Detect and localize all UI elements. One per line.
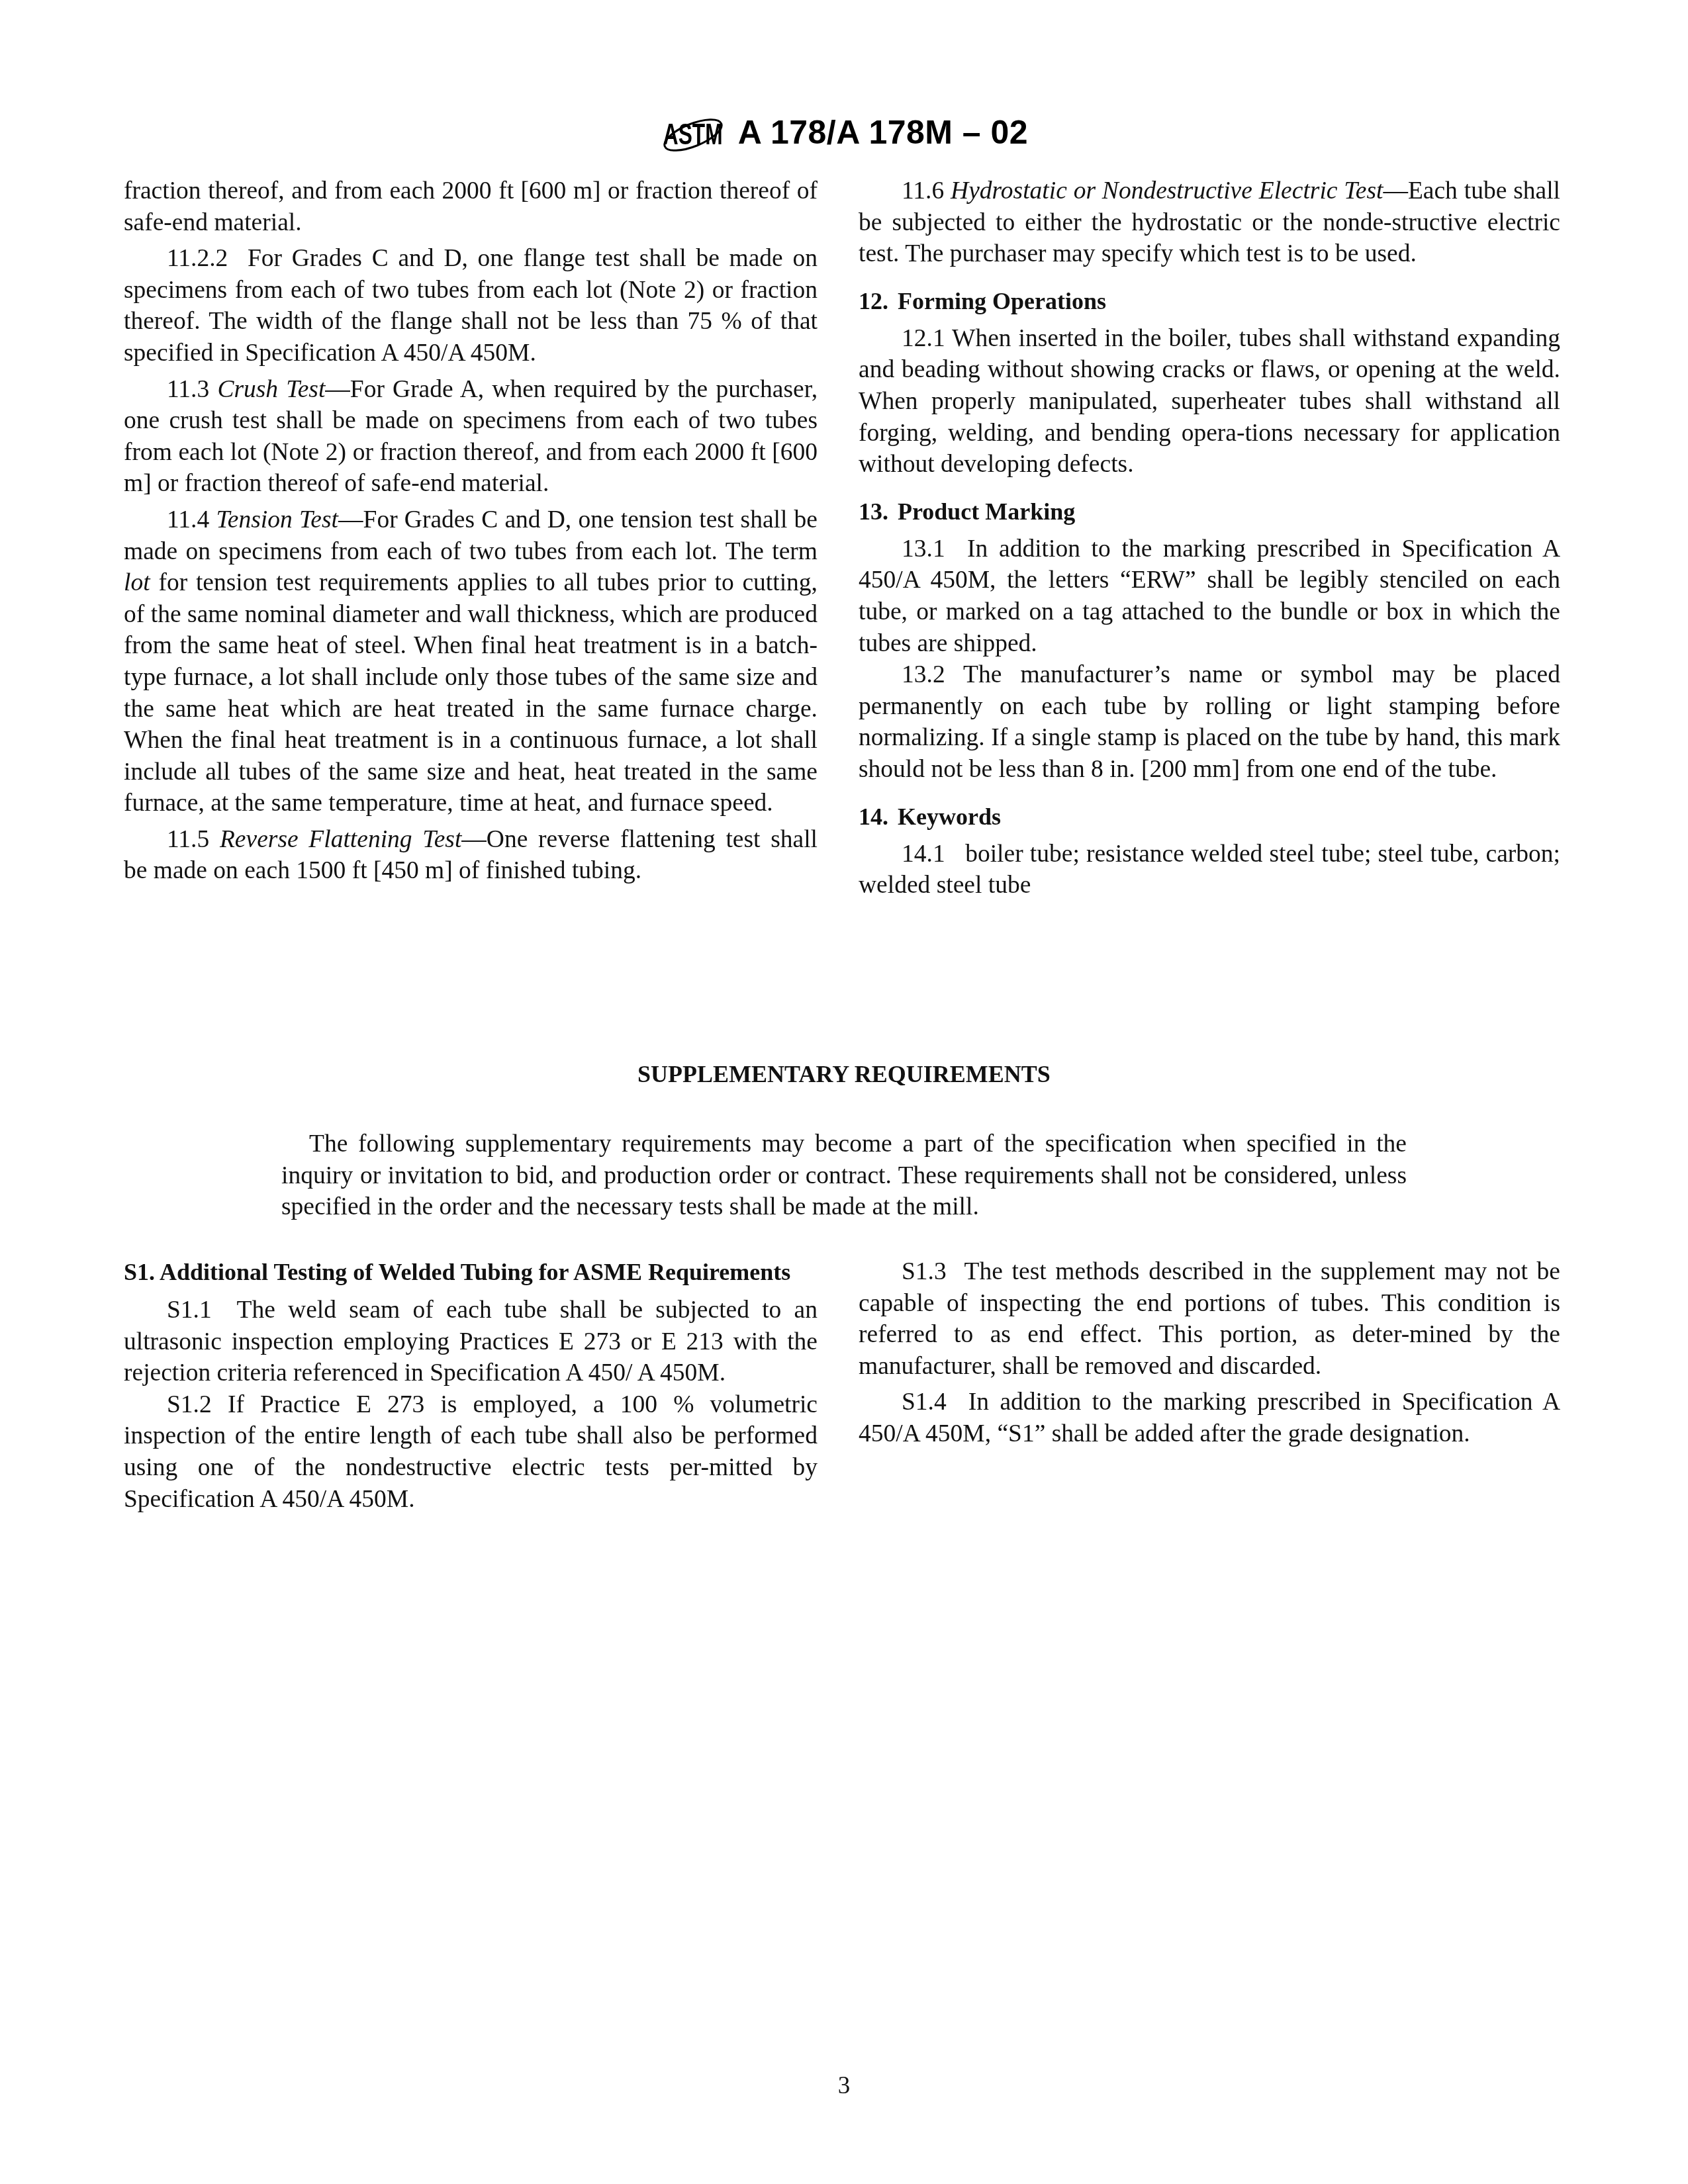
paragraph-number: S1.4 (902, 1388, 947, 1416)
paragraph-s1-2: S1.2 If Practice E 273 is employed, a 10… (124, 1389, 818, 1515)
continuation-paragraph: fraction thereof, and from each 2000 ft … (124, 175, 818, 238)
supplementary-right-column: S1.3 The test methods described in the s… (859, 1256, 1560, 1455)
paragraph-number: 11.2.2 (167, 245, 228, 272)
svg-text:ASTM: ASTM (663, 118, 723, 151)
supplementary-left-column: S1. Additional Testing of Welded Tubing … (124, 1256, 818, 1520)
paragraph-number: 13.2 (902, 661, 945, 688)
paragraph-12-1: 12.1 When inserted in the boiler, tubes … (859, 323, 1560, 480)
paragraph-text: The weld seam of each tube shall be subj… (124, 1297, 818, 1387)
paragraph-title: Hydrostatic or Nondestructive Electric T… (951, 177, 1383, 205)
document-designation: A 178/A 178M – 02 (738, 113, 1028, 152)
section-heading-14: 14.Keywords (859, 801, 1560, 832)
section-number: 13. (859, 496, 888, 527)
supplementary-intro-text: The following supplementary requirements… (281, 1128, 1407, 1223)
paragraph-number: S1.2 (167, 1391, 212, 1418)
paragraph-s1-3: S1.3 The test methods described in the s… (859, 1256, 1560, 1382)
paragraph-title: Reverse Flattening Test (220, 826, 461, 853)
page-header: ASTM A 178/A 178M – 02 (0, 106, 1688, 159)
section-title: Forming Operations (898, 288, 1106, 314)
defined-term: lot (124, 569, 150, 596)
paragraph-14-1: 14.1 boiler tube; resistance welded stee… (859, 839, 1560, 901)
paragraph-13-1: 13.1 In addition to the marking prescrib… (859, 533, 1560, 659)
paragraph-text: The test methods described in the supple… (859, 1258, 1560, 1380)
paragraph-11-2-2: 11.2.2 For Grades C and D, one flange te… (124, 243, 818, 369)
paragraph-text: If Practice E 273 is employed, a 100 % v… (124, 1391, 818, 1513)
paragraph-number: S1.3 (902, 1258, 947, 1285)
section-number: 12. (859, 286, 888, 316)
supplementary-requirements-title: SUPPLEMENTARY REQUIREMENTS (0, 1059, 1688, 1089)
paragraph-number: 12.1 (902, 325, 945, 352)
paragraph-text: For Grades C and D, one flange test shal… (124, 245, 818, 367)
right-column: 11.6 Hydrostatic or Nondestructive Elect… (859, 175, 1560, 906)
s1-heading: S1. Additional Testing of Welded Tubing … (124, 1256, 818, 1288)
paragraph-title: Tension Test (216, 506, 338, 533)
paragraph-s1-4: S1.4 In addition to the marking prescrib… (859, 1387, 1560, 1449)
page-number: 3 (0, 2071, 1688, 2100)
paragraph-11-6: 11.6 Hydrostatic or Nondestructive Elect… (859, 175, 1560, 270)
paragraph-s1-1: S1.1 The weld seam of each tube shall be… (124, 1295, 818, 1389)
paragraph-11-4: 11.4 Tension Test—For Grades C and D, on… (124, 504, 818, 819)
paragraph-text: In addition to the marking prescribed in… (859, 535, 1560, 657)
paragraph-number: 11.4 (167, 506, 209, 533)
section-heading-12: 12.Forming Operations (859, 286, 1560, 316)
paragraph-number: 11.6 (902, 177, 944, 205)
supplementary-intro: The following supplementary requirements… (281, 1128, 1407, 1223)
section-title: Product Marking (898, 498, 1075, 525)
paragraph-text: for tension test requirements applies to… (124, 569, 818, 817)
paragraph-number: S1.1 (167, 1297, 212, 1324)
paragraph-number: 13.1 (902, 535, 945, 563)
paragraph-text: In addition to the marking prescribed in… (859, 1388, 1560, 1447)
paragraph-number: 11.5 (167, 826, 209, 853)
left-column: fraction thereof, and from each 2000 ft … (124, 175, 818, 891)
paragraph-text: boiler tube; resistance welded steel tub… (859, 841, 1560, 899)
paragraph-text: The manufacturer’s name or symbol may be… (859, 661, 1560, 783)
paragraph-11-5: 11.5 Reverse Flattening Test—One reverse… (124, 824, 818, 887)
section-heading-13: 13.Product Marking (859, 496, 1560, 527)
paragraph-text: When inserted in the boiler, tubes shall… (859, 325, 1560, 478)
paragraph-13-2: 13.2 The manufacturer’s name or symbol m… (859, 659, 1560, 785)
section-title: Keywords (898, 803, 1001, 830)
astm-logo-icon: ASTM (660, 106, 726, 159)
paragraph-number: 11.3 (167, 376, 209, 403)
paragraph-11-3: 11.3 Crush Test—For Grade A, when requir… (124, 374, 818, 500)
section-number: 14. (859, 801, 888, 832)
paragraph-number: 14.1 (902, 841, 945, 868)
paragraph-title: Crush Test (217, 376, 325, 403)
